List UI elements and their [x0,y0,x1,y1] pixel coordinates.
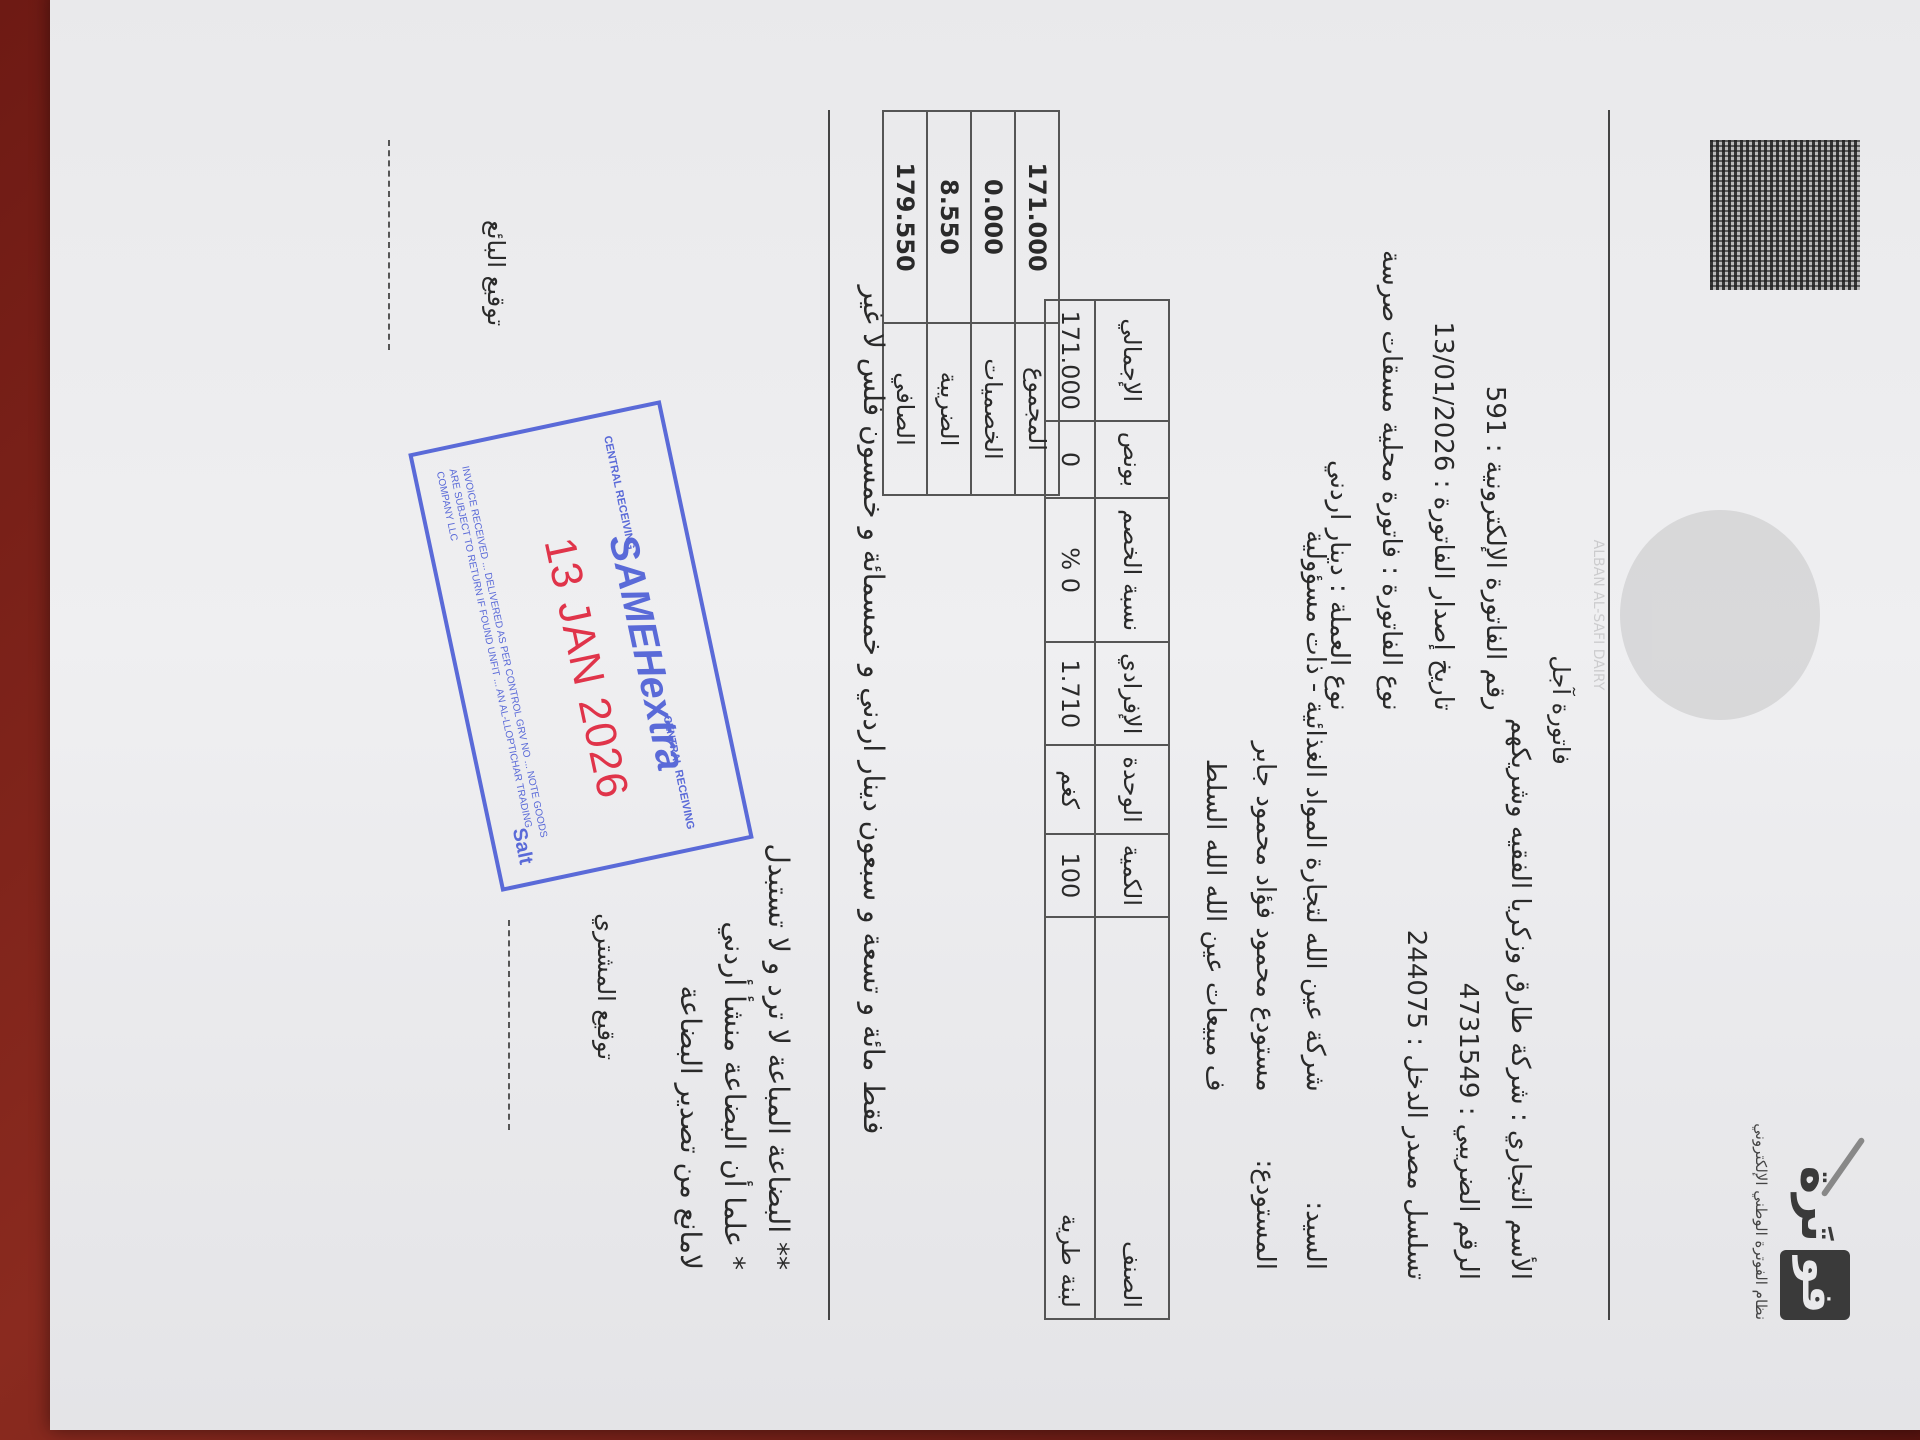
subtotal-label: المجموع [1015,323,1059,495]
header-discount: نسبة الخصم [1095,498,1169,642]
logo-subtitle: نظام الفوترة الوطني الإلكتروني [1752,1123,1770,1320]
header-bonus: بونص [1095,421,1169,498]
deductions-label: الخصميات [971,323,1015,495]
divider [1608,110,1610,1320]
divider [828,110,830,1320]
seller-signature-label: توقيع البائع [482,220,510,326]
tax-value: 8.550 [927,111,971,323]
buyer-signature-line [508,920,510,1130]
note-no-returns: ** البضاعة المباعة لا ترد و لا تستبدل [756,843,800,1270]
header-total: الإجمالي [1095,300,1169,421]
header-quantity: الكمية [1095,834,1169,917]
income-source-row: تسلسل مصدر الدخل : 244075 [1401,718,1431,1280]
header-unit: الوحدة [1095,745,1169,833]
seller-info: الأسم التجاري : شركة طارق وزكريا الفقيه … [1379,718,1535,1280]
customer-row: السيد: شركة عين الله لتجارة المواد الغذا… [1300,0,1330,1430]
totals-table: المجموع 171.000 الخصميات 0.000 الضريبة 8… [882,110,1060,496]
trade-name-row: الأسم التجاري : شركة طارق وزكريا الفقيه … [1505,718,1535,1280]
dairy-watermark: ALBAN AL-SAFI DAIRY [1620,510,1820,720]
tax-label: الضريبة [927,323,971,495]
receiving-stamp: CENTRAL RECEIVING SAMEHextra CENTRAL REC… [408,400,754,892]
items-table: الصنف الكمية الوحدة الإفرادي نسبة الخصم … [1044,299,1170,1320]
totals-row: الخصميات 0.000 [971,111,1015,495]
logo-word: تَرة [1790,1166,1846,1242]
deductions-value: 0.000 [971,111,1015,323]
item-discount: 0 % [1045,498,1095,642]
item-quantity: 100 [1045,834,1095,917]
item-unit: كغم [1045,745,1095,833]
subtotal-value: 171.000 [1015,111,1059,323]
totals-row: الضريبة 8.550 [927,111,971,495]
invoice-type-row: نوع الفاتورة : فاتورة محلية مسقات صرسة [1376,250,1406,711]
e-invoice-logo: فو تَرة نظام الفوترة الوطني الإلكتروني [1700,1040,1870,1320]
sales-note-row: ف مبيعات عين الله الله السلط [1200,0,1230,1430]
note-origin: * علما أن البضاعة منشأ أردني [712,843,756,1270]
items-header-row: الصنف الكمية الوحدة الإفرادي نسبة الخصم … [1095,300,1169,1319]
item-name: لبنة طرية [1045,917,1095,1319]
header-unit-price: الإفرادي [1095,642,1169,745]
item-unit-price: 1.710 [1045,642,1095,745]
invoice-number-row: رقم الفاتورة الإلكترونية : 591 [1480,250,1510,711]
invoice-paper: فو تَرة نظام الفوترة الوطني الإلكتروني A… [50,0,1920,1430]
logo-mark: فو [1780,1250,1850,1320]
note-export: لامانع من تصدير البضاعة [668,843,712,1270]
buyer-signature-label: توقيع المشتري [592,913,620,1060]
stamp-fine-print: INVOICE RECEIVED ... DELIVERED AS PER CO… [433,465,554,864]
issue-date-row: تاريخ إصدار الفاتورة : 13/01/2026 [1428,250,1458,711]
totals-row: المجموع 171.000 [1015,111,1059,495]
invoice-title: فاتورة آجل [1547,0,1575,1430]
customer-block: السيد: شركة عين الله لتجارة المواد الغذا… [1180,0,1330,1430]
header-item: الصنف [1095,917,1169,1319]
seller-signature-line [388,140,390,350]
invoice-meta: رقم الفاتورة الإلكترونية : 591 تاريخ إصد… [1302,250,1510,711]
warehouse-row: المستودع: مستودع محمود فؤاد محمود جابر [1250,0,1280,1430]
tax-number-row: الرقم الضريبي : 4731549 [1453,718,1483,1280]
qr-code [1710,140,1860,290]
amount-in-words: فقط مائة و تسعة و سبعون دينار اردني و خم… [857,0,890,1430]
terms-notes: ** البضاعة المباعة لا ترد و لا تستبدل * … [668,843,800,1270]
